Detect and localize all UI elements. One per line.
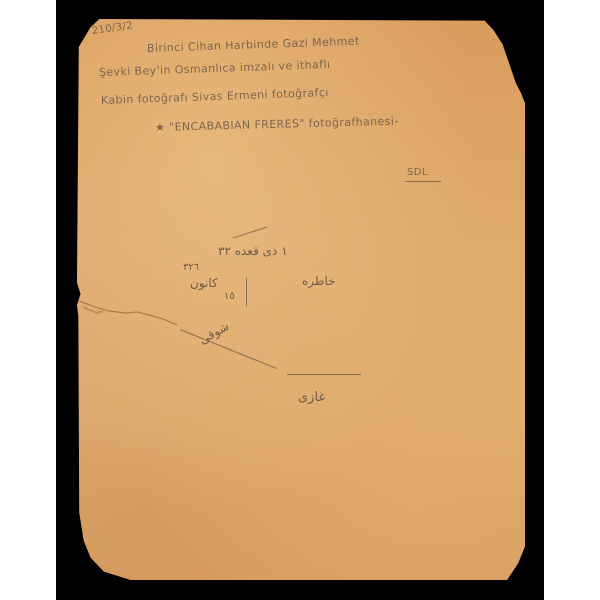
ottoman-month: کانون xyxy=(190,276,218,290)
ottoman-date-line: ۱ ذی قعده ۳۲ xyxy=(218,244,288,258)
ottoman-dedication: خاطره xyxy=(302,274,336,288)
vertical-divider xyxy=(246,278,247,306)
ottoman-year: ۳۲٦ xyxy=(183,262,199,273)
ottoman-title: غازی xyxy=(298,390,325,405)
initials: SDL xyxy=(407,167,428,178)
initials-underline xyxy=(405,181,441,182)
title-rule xyxy=(287,374,361,375)
ottoman-day: ۱٥ xyxy=(224,291,235,302)
